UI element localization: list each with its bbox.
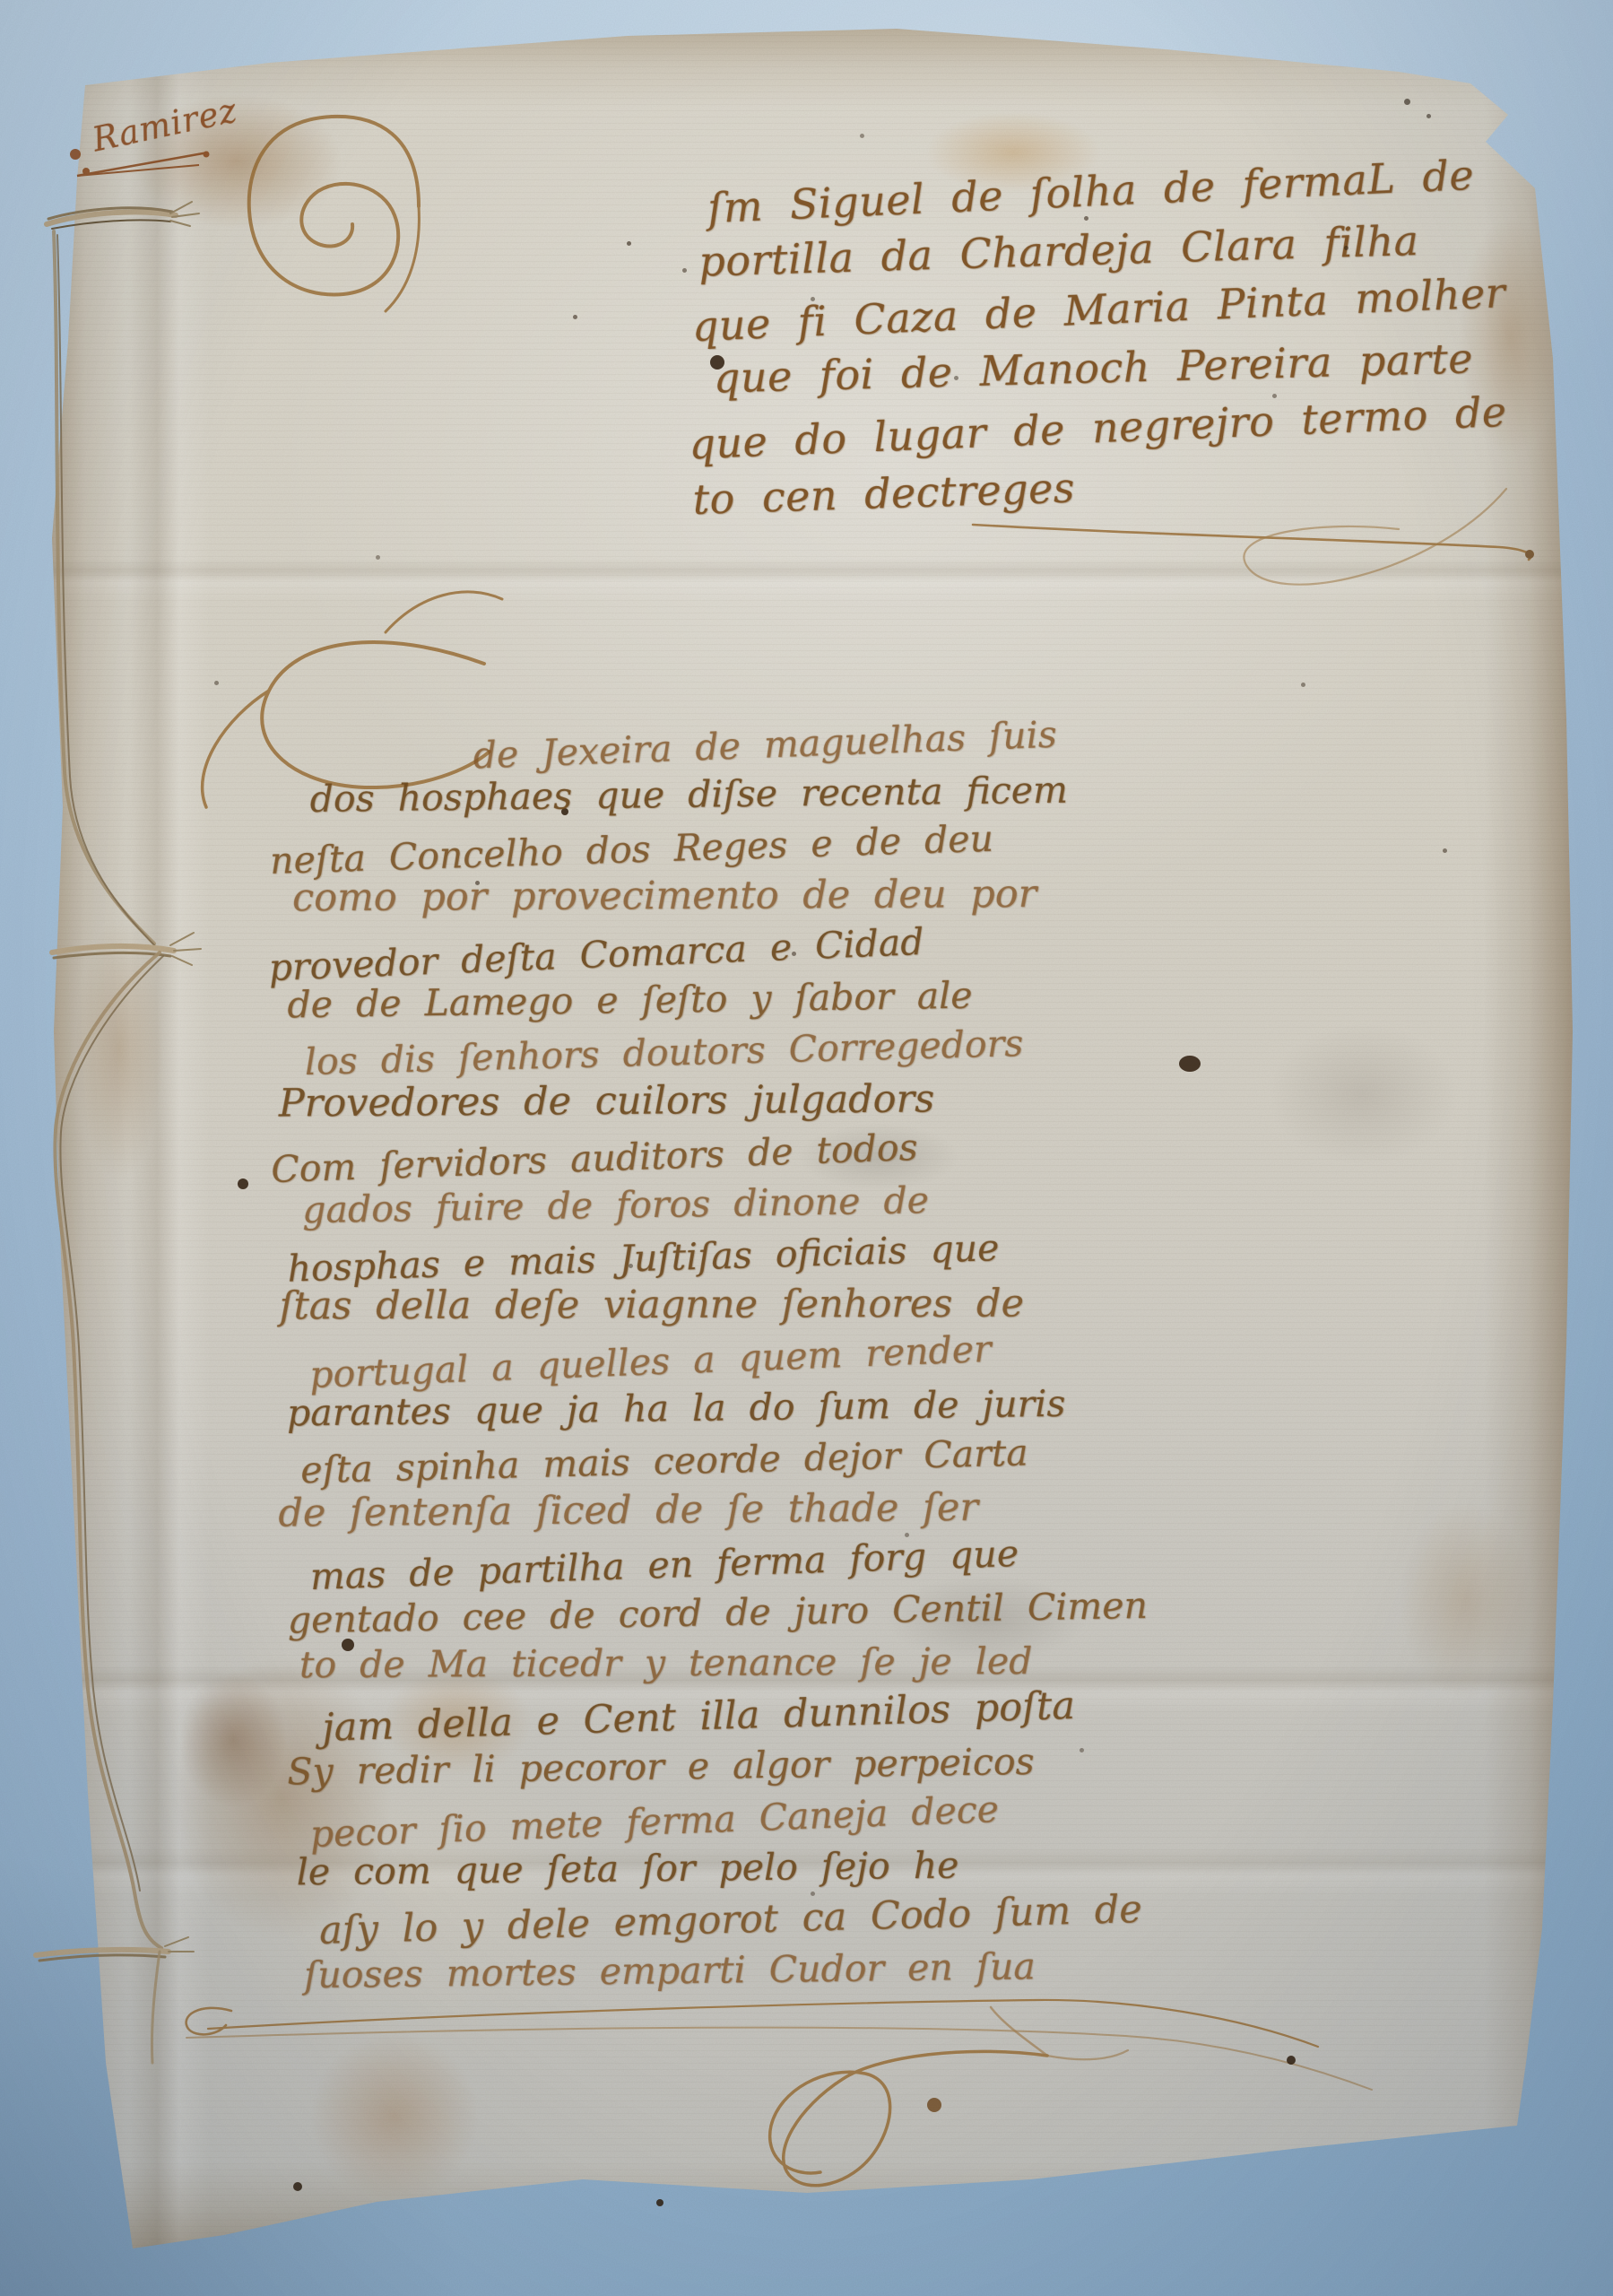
photo-scene: Ramirez ſm Siguel de ſolha de fermaL de …: [0, 0, 1613, 2296]
photo-grain: [0, 0, 1613, 2296]
